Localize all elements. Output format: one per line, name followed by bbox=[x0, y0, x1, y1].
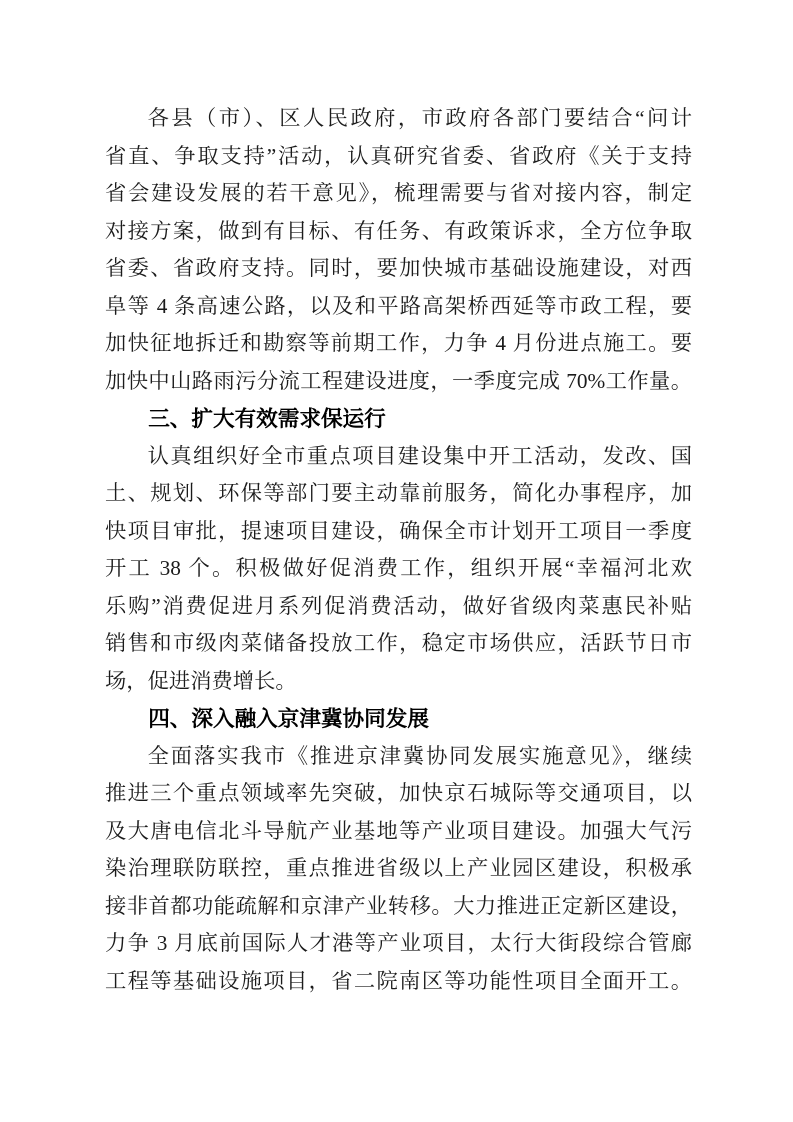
text-line: 染治理联防联控，重点推进省级以上产业园区建设，积极承 bbox=[105, 850, 692, 888]
text-line: 各县（市）、区人民政府，市政府各部门要结合“问计 bbox=[105, 100, 692, 138]
text-line: 场，促进消费增长。 bbox=[105, 663, 692, 701]
text-line: 全面落实我市《推进京津冀协同发展实施意见》，继续 bbox=[105, 738, 692, 776]
text-line: 接非首都功能疏解和京津产业转移。大力推进正定新区建设， bbox=[105, 888, 692, 926]
section-heading: 三、扩大有效需求保运行 bbox=[105, 400, 692, 438]
text-line: 力争 3 月底前国际人才港等产业项目，太行大街段综合管廊 bbox=[105, 925, 692, 963]
text-line: 省直、争取支持”活动，认真研究省委、省政府《关于支持 bbox=[105, 138, 692, 176]
document-body: 各县（市）、区人民政府，市政府各部门要结合“问计省直、争取支持”活动，认真研究省… bbox=[105, 100, 692, 1000]
text-line: 乐购”消费促进月系列促消费活动，做好省级肉菜惠民补贴 bbox=[105, 588, 692, 626]
text-line: 加快征地拆迁和勘察等前期工作，力争 4 月份进点施工。要 bbox=[105, 325, 692, 363]
text-line: 销售和市级肉菜储备投放工作，稳定市场供应，活跃节日市 bbox=[105, 625, 692, 663]
text-line: 推进三个重点领域率先突破，加快京石城际等交通项目，以 bbox=[105, 775, 692, 813]
document-page: 各县（市）、区人民政府，市政府各部门要结合“问计省直、争取支持”活动，认真研究省… bbox=[0, 0, 793, 1122]
text-line: 土、规划、环保等部门要主动靠前服务，简化办事程序，加 bbox=[105, 475, 692, 513]
section-heading: 四、深入融入京津冀协同发展 bbox=[105, 700, 692, 738]
text-line: 省委、省政府支持。同时，要加快城市基础设施建设，对西 bbox=[105, 250, 692, 288]
text-line: 对接方案，做到有目标、有任务、有政策诉求，全方位争取 bbox=[105, 213, 692, 251]
text-line: 工程等基础设施项目，省二院南区等功能性项目全面开工。 bbox=[105, 963, 692, 1001]
text-line: 省会建设发展的若干意见》，梳理需要与省对接内容，制定 bbox=[105, 175, 692, 213]
text-line: 阜等 4 条高速公路，以及和平路高架桥西延等市政工程，要 bbox=[105, 288, 692, 326]
text-line: 加快中山路雨污分流工程建设进度，一季度完成 70%工作量。 bbox=[105, 363, 692, 401]
text-line: 及大唐电信北斗导航产业基地等产业项目建设。加强大气污 bbox=[105, 813, 692, 851]
text-line: 快项目审批，提速项目建设，确保全市计划开工项目一季度 bbox=[105, 513, 692, 551]
text-line: 开工 38 个。积极做好促消费工作，组织开展“幸福河北欢 bbox=[105, 550, 692, 588]
text-line: 认真组织好全市重点项目建设集中开工活动，发改、国 bbox=[105, 438, 692, 476]
